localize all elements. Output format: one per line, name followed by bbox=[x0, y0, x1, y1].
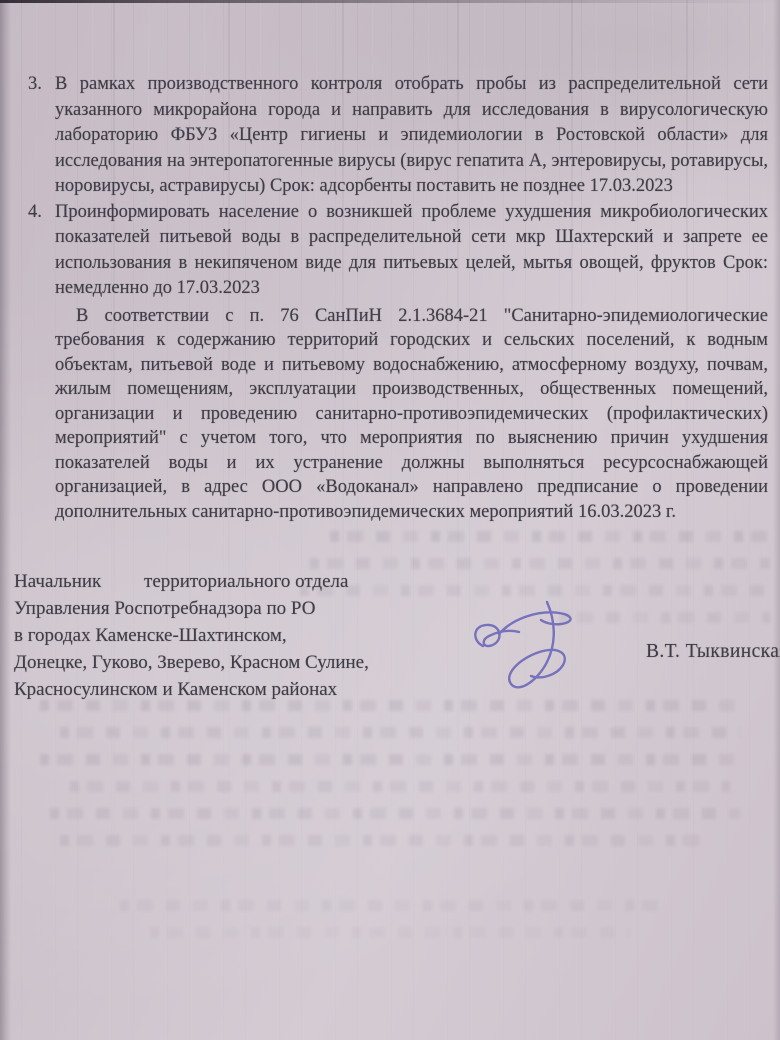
bleedthrough-row bbox=[150, 927, 630, 938]
bleedthrough-row bbox=[70, 781, 730, 792]
scan-edge-top bbox=[0, 0, 780, 3]
list-item-number: 4. bbox=[28, 200, 42, 226]
scan-edge-right bbox=[773, 0, 780, 1040]
signer-name: В.Т. Тыквинская bbox=[646, 641, 780, 663]
document-body: 3. В рамках производственного контроля о… bbox=[28, 72, 768, 524]
list-item-text: Проинформировать население о возникшей п… bbox=[55, 200, 768, 302]
signoff-line: Красносулинском и Каменском районах bbox=[14, 676, 444, 703]
signoff-line: Управления Роспотребнадзора по РО bbox=[14, 595, 444, 622]
bleedthrough-row bbox=[60, 727, 740, 738]
bleedthrough-row bbox=[50, 808, 740, 819]
signoff-line: Донецке, Гуково, Зверево, Красном Сулине… bbox=[14, 649, 444, 676]
scan-edge-left bbox=[0, 0, 11, 1040]
signoff-line: Начальник территориального отдела bbox=[14, 568, 444, 595]
bleedthrough-row bbox=[330, 531, 770, 542]
bleedthrough-row bbox=[60, 835, 710, 846]
list-item-text: В рамках производственного контроля отоб… bbox=[55, 72, 768, 200]
bleedthrough-row bbox=[120, 900, 660, 911]
list-item-3: 3. В рамках производственного контроля о… bbox=[28, 72, 768, 200]
list-item-4: 4. Проинформировать население о возникше… bbox=[28, 200, 768, 302]
scanned-document-page: 3. В рамках производственного контроля о… bbox=[0, 0, 780, 1040]
signoff-block: Начальник территориального отдела Управл… bbox=[14, 568, 444, 703]
bleedthrough-row bbox=[40, 754, 740, 765]
handwritten-signature bbox=[455, 590, 625, 708]
compliance-paragraph: В соответствии с п. 76 СанПиН 2.1.3684-2… bbox=[55, 304, 768, 525]
list-item-number: 3. bbox=[28, 72, 42, 98]
signoff-line: в городах Каменске-Шахтинском, bbox=[14, 622, 444, 649]
